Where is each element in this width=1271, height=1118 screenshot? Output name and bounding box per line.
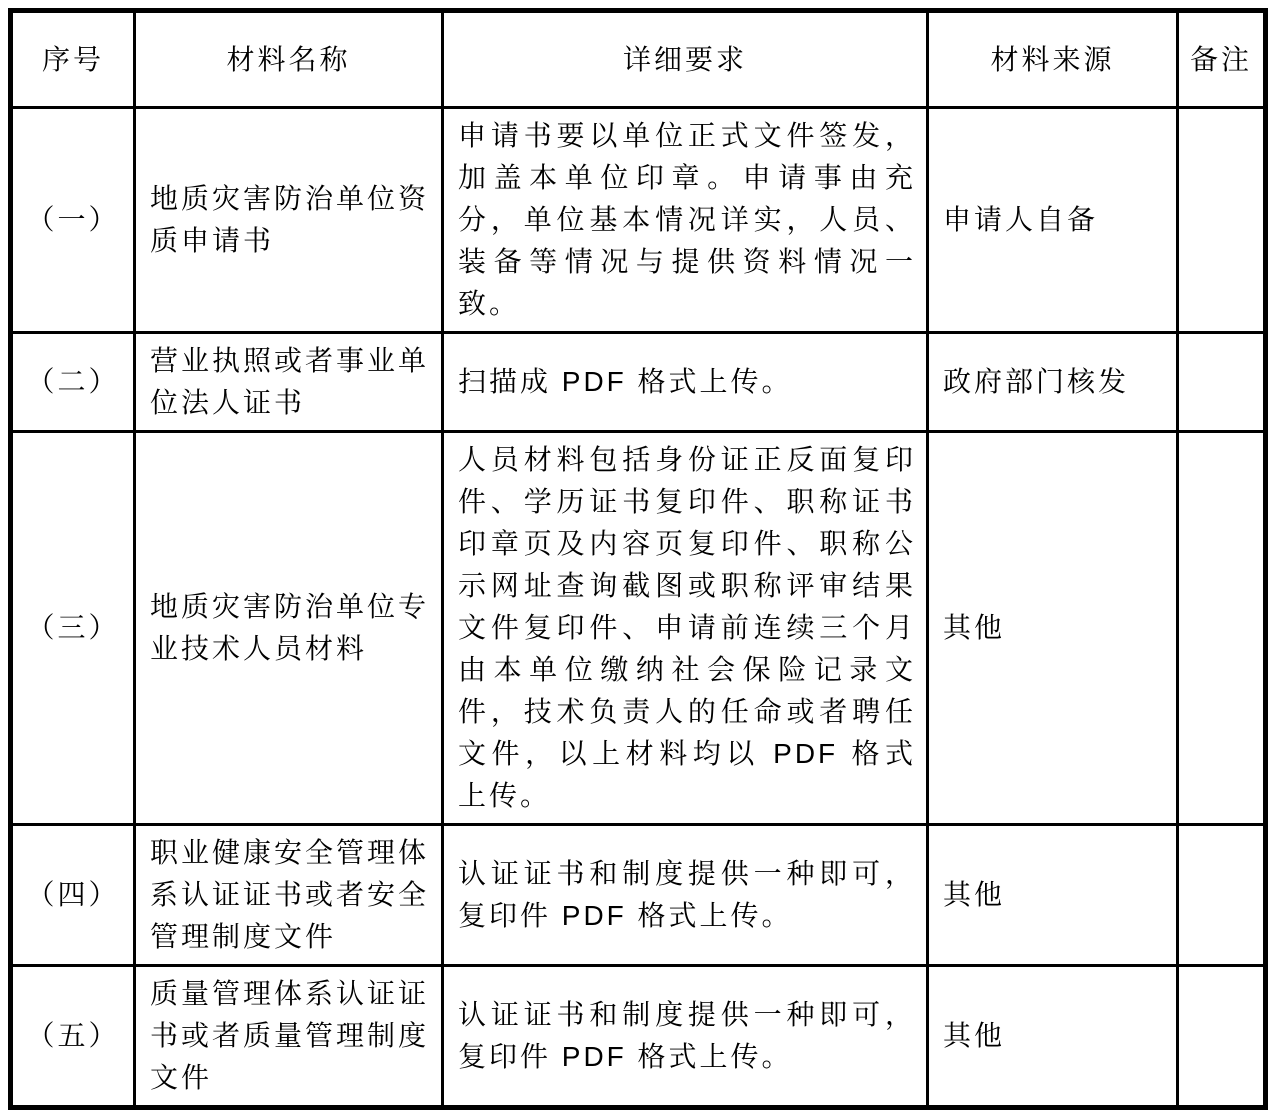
header-cell-source: 材料来源: [928, 11, 1178, 108]
cell-remark: [1178, 966, 1266, 1108]
table-row: （一） 地质灾害防治单位资质申请书 申请书要以单位正式文件签发，加盖本单位印章。…: [11, 108, 1266, 333]
cell-source: 其他: [928, 825, 1178, 966]
cell-name: 质量管理体系认证证书或者质量管理制度文件: [135, 966, 443, 1108]
cell-remark: [1178, 108, 1266, 333]
header-cell-name: 材料名称: [135, 11, 443, 108]
cell-detail: 人员材料包括身份证正反面复印件、学历证书复印件、职称证书印章页及内容页复印件、职…: [443, 432, 928, 825]
table-header-row: 序号 材料名称 详细要求 材料来源 备注: [11, 11, 1266, 108]
cell-source: 其他: [928, 432, 1178, 825]
cell-detail: 扫描成 PDF 格式上传。: [443, 333, 928, 432]
header-cell-detail: 详细要求: [443, 11, 928, 108]
cell-name: 营业执照或者事业单位法人证书: [135, 333, 443, 432]
header-cell-no: 序号: [11, 11, 135, 108]
table-row: （三） 地质灾害防治单位专业技术人员材料 人员材料包括身份证正反面复印件、学历证…: [11, 432, 1266, 825]
cell-no: （一）: [11, 108, 135, 333]
cell-no: （三）: [11, 432, 135, 825]
cell-source: 其他: [928, 966, 1178, 1108]
cell-name: 地质灾害防治单位专业技术人员材料: [135, 432, 443, 825]
cell-remark: [1178, 333, 1266, 432]
requirements-table: 序号 材料名称 详细要求 材料来源 备注 （一） 地质灾害防治单位资质申请书 申…: [8, 8, 1268, 1110]
document-page: 序号 材料名称 详细要求 材料来源 备注 （一） 地质灾害防治单位资质申请书 申…: [0, 0, 1271, 1118]
header-cell-remark: 备注: [1178, 11, 1266, 108]
cell-no: （四）: [11, 825, 135, 966]
cell-detail: 认证证书和制度提供一种即可，复印件 PDF 格式上传。: [443, 825, 928, 966]
cell-source: 申请人自备: [928, 108, 1178, 333]
cell-name: 职业健康安全管理体系认证证书或者安全管理制度文件: [135, 825, 443, 966]
cell-remark: [1178, 825, 1266, 966]
cell-no: （五）: [11, 966, 135, 1108]
table-row: （二） 营业执照或者事业单位法人证书 扫描成 PDF 格式上传。 政府部门核发: [11, 333, 1266, 432]
table-row: （四） 职业健康安全管理体系认证证书或者安全管理制度文件 认证证书和制度提供一种…: [11, 825, 1266, 966]
cell-no: （二）: [11, 333, 135, 432]
cell-detail: 申请书要以单位正式文件签发，加盖本单位印章。申请事由充分，单位基本情况详实，人员…: [443, 108, 928, 333]
cell-name: 地质灾害防治单位资质申请书: [135, 108, 443, 333]
table-row: （五） 质量管理体系认证证书或者质量管理制度文件 认证证书和制度提供一种即可，复…: [11, 966, 1266, 1108]
cell-source: 政府部门核发: [928, 333, 1178, 432]
cell-detail: 认证证书和制度提供一种即可，复印件 PDF 格式上传。: [443, 966, 928, 1108]
cell-remark: [1178, 432, 1266, 825]
